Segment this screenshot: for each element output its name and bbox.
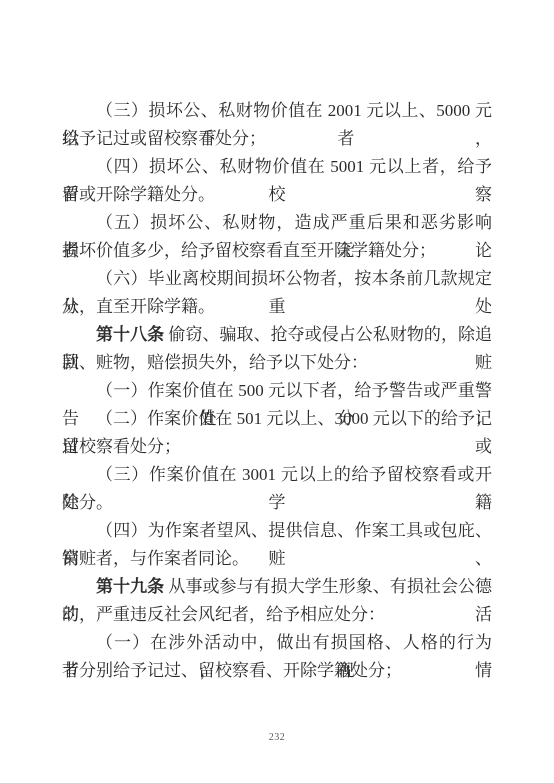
page-number: 232 <box>0 731 554 745</box>
document-line: （一）作案价值在 500 元以下者，给予警告或严重警告处分； <box>62 377 492 405</box>
article-number-label: 第十九条 <box>96 577 164 596</box>
document-line: （四）损坏公、私财物价值在 5001 元以上者，给予留校察 <box>62 153 492 181</box>
article-number-label: 第十八条 <box>96 325 164 344</box>
document-line: （四）为作案者望风、提供信息、作案工具或包庇、窝赃、 <box>62 517 492 545</box>
document-line-article-18: 第十八条 偷窃、骗取、抢夺或侵占公私财物的，除追回赃 <box>62 321 492 349</box>
document-line: （二）作案价值在 501 元以上、3000 元以下的给予记过或 <box>62 405 492 433</box>
document-text-block: （三）损坏公、私财物价值在 2001 元以上、5000 元以下者， 给予记过或留… <box>62 97 492 685</box>
document-line: （一）在涉外活动中，做出有损国格、人格的行为者，视情 <box>62 629 492 657</box>
document-page: （三）损坏公、私财物价值在 2001 元以上、5000 元以下者， 给予记过或留… <box>0 0 554 783</box>
document-line: （三）作案价值在 3001 元以上的给予留校察看或开除学籍 <box>62 461 492 489</box>
document-line: （三）损坏公、私财物价值在 2001 元以上、5000 元以下者， <box>62 97 492 125</box>
document-line: （六）毕业离校期间损坏公物者，按本条前几款规定从重处 <box>62 265 492 293</box>
document-line-article-19: 第十九条 从事或参与有损大学生形象、有损社会公德的活 <box>62 573 492 601</box>
document-line: （五）损坏公、私财物，造成严重后果和恶劣影响者，无论 <box>62 209 492 237</box>
document-line: 损坏价值多少，给予留校察看直至开除学籍处分； <box>62 237 492 265</box>
